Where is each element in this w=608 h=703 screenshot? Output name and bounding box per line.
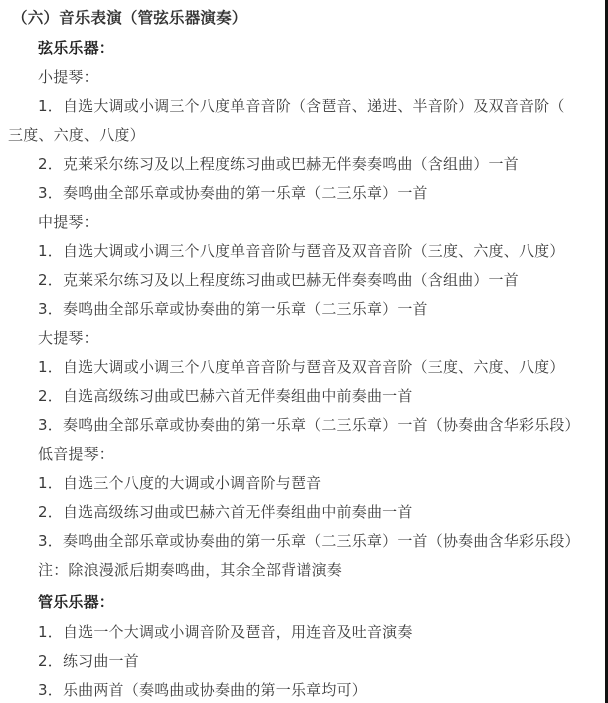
winds-item-3: 3．乐曲两首（奏鸣曲或协奏曲的第一乐章均可） [38,680,367,700]
cello-item-3: 3．奏鸣曲全部乐章或协奏曲的第一乐章（二三乐章）一首（协奏曲含华彩乐段） [38,415,580,435]
double-bass-label: 低音提琴： [38,444,114,464]
winds-item-1: 1．自选一个大调或小调音阶及琶音，用连音及吐音演奏 [38,622,413,642]
violin-item-1: 1．自选大调或小调三个八度单音音阶（含琶音、递进、半音阶）及双音音阶（ [38,96,565,116]
violin-label: 小提琴： [38,67,99,87]
double-bass-item-2: 2．自选高级练习曲或巴赫六首无伴奏组曲中前奏曲一首 [38,502,413,522]
double-bass-item-1: 1．自选三个八度的大调或小调音阶与琶音 [38,473,321,493]
cello-item-2: 2．自选高级练习曲或巴赫六首无伴奏组曲中前奏曲一首 [38,386,413,406]
strings-heading: 弦乐乐器： [38,38,114,58]
violin-item-1-wrap: 三度、六度、八度） [8,125,145,145]
section-title: （六）音乐表演（管弦乐器演奏） [12,8,248,28]
cello-item-1: 1．自选大调或小调三个八度单音音阶与琶音及双音音阶（三度、六度、八度） [38,357,565,377]
winds-heading: 管乐乐器： [38,592,114,612]
winds-item-2: 2．练习曲一首 [38,651,139,671]
viola-label: 中提琴： [38,212,99,232]
cello-label: 大提琴： [38,328,99,348]
violin-item-3: 3．奏鸣曲全部乐章或协奏曲的第一乐章（二三乐章）一首 [38,183,428,203]
viola-item-2: 2．克莱采尔练习及以上程度练习曲或巴赫无伴奏奏鸣曲（含组曲）一首 [38,270,519,290]
double-bass-item-3: 3．奏鸣曲全部乐章或协奏曲的第一乐章（二三乐章）一首（协奏曲含华彩乐段） [38,531,580,551]
viola-item-1: 1．自选大调或小调三个八度单音音阶与琶音及双音音阶（三度、六度、八度） [38,241,565,261]
strings-note: 注：除浪漫派后期奏鸣曲，其余全部背谱演奏 [38,560,342,580]
viola-item-3: 3．奏鸣曲全部乐章或协奏曲的第一乐章（二三乐章）一首 [38,299,428,319]
violin-item-2: 2．克莱采尔练习及以上程度练习曲或巴赫无伴奏奏鸣曲（含组曲）一首 [38,154,519,174]
